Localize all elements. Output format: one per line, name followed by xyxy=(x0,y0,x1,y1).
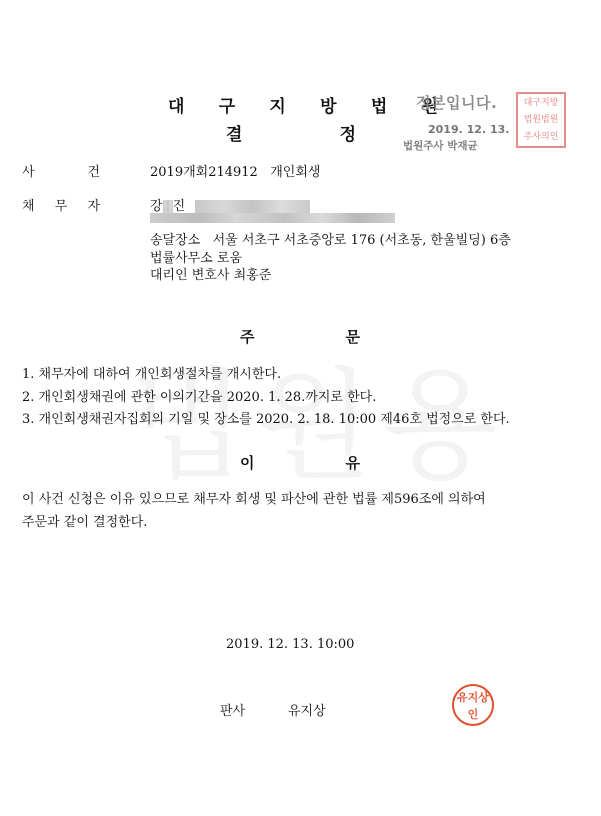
label-char: 무 xyxy=(55,195,68,214)
debtor-name-last: 진 xyxy=(173,199,186,214)
order-item: 3. 개인회생채권자집회의 기일 및 장소를 2020. 2. 18. 10:0… xyxy=(22,408,510,427)
redaction-blur xyxy=(163,200,173,214)
court-clerk-seal-icon: 대구지방 법원법원 주사의인 xyxy=(516,92,566,148)
document-type-title: 결 정 xyxy=(226,120,356,145)
legal-agent: 대리인 변호사 최홍준 xyxy=(150,264,271,283)
debtor-label: 채 무 자 xyxy=(22,195,100,214)
heading-char: 주 xyxy=(240,326,255,347)
doc-type-char: 결 xyxy=(226,120,242,145)
court-title: 대 구 지 방 법 원 xyxy=(168,92,438,117)
court-title-char: 법 xyxy=(371,92,387,117)
debtor-name: 강진 xyxy=(150,195,310,214)
heading-char: 문 xyxy=(346,326,361,347)
order-heading: 주 문 xyxy=(240,326,360,347)
seal-line: 주사의인 xyxy=(518,129,564,146)
court-title-char: 방 xyxy=(320,92,336,117)
reason-line: 주문과 같이 결정한다. xyxy=(22,511,147,530)
certification-text: 정본입니다. xyxy=(416,92,497,113)
judge-seal-icon: 유지상인 xyxy=(452,684,494,726)
decision-datetime: 2019. 12. 13. 10:00 xyxy=(226,637,354,652)
court-title-char: 지 xyxy=(269,92,285,117)
judge-name: 유지상 xyxy=(288,700,326,719)
label-char: 채 xyxy=(22,195,35,214)
redacted-address xyxy=(150,213,395,223)
judge-title: 판사 xyxy=(220,700,245,719)
order-item: 2. 개인회생채권에 관한 이의기간을 2020. 1. 28.까지로 한다. xyxy=(22,386,376,405)
debtor-name-first: 강 xyxy=(150,199,163,214)
certification-clerk: 법원주사 박재균 xyxy=(403,138,478,153)
heading-char: 유 xyxy=(346,452,361,473)
case-number: 2019개회214912 개인회생 xyxy=(150,161,320,180)
label-char: 사 xyxy=(22,161,35,180)
reason-heading: 이 유 xyxy=(240,452,360,473)
label-char: 건 xyxy=(87,161,100,180)
service-address: 송달장소 서울 서초구 서초중앙로 176 (서초동, 한울빌딩) 6층 xyxy=(150,229,511,248)
reason-line: 이 사건 신청은 이유 있으므로 채무자 회생 및 파산에 관한 법률 제596… xyxy=(22,488,486,507)
seal-line: 대구지방 xyxy=(518,95,564,112)
court-title-char: 구 xyxy=(219,92,235,117)
case-label: 사 건 xyxy=(22,161,100,180)
redaction-blur xyxy=(195,200,310,214)
doc-type-char: 정 xyxy=(340,120,356,145)
label-char: 자 xyxy=(87,195,100,214)
court-title-char: 대 xyxy=(168,92,184,117)
heading-char: 이 xyxy=(240,452,255,473)
order-item: 1. 채무자에 대하여 개인회생절차를 개시한다. xyxy=(22,363,281,382)
certification-date: 2019. 12. 13. xyxy=(428,123,509,136)
seal-line: 법원법원 xyxy=(518,112,564,129)
